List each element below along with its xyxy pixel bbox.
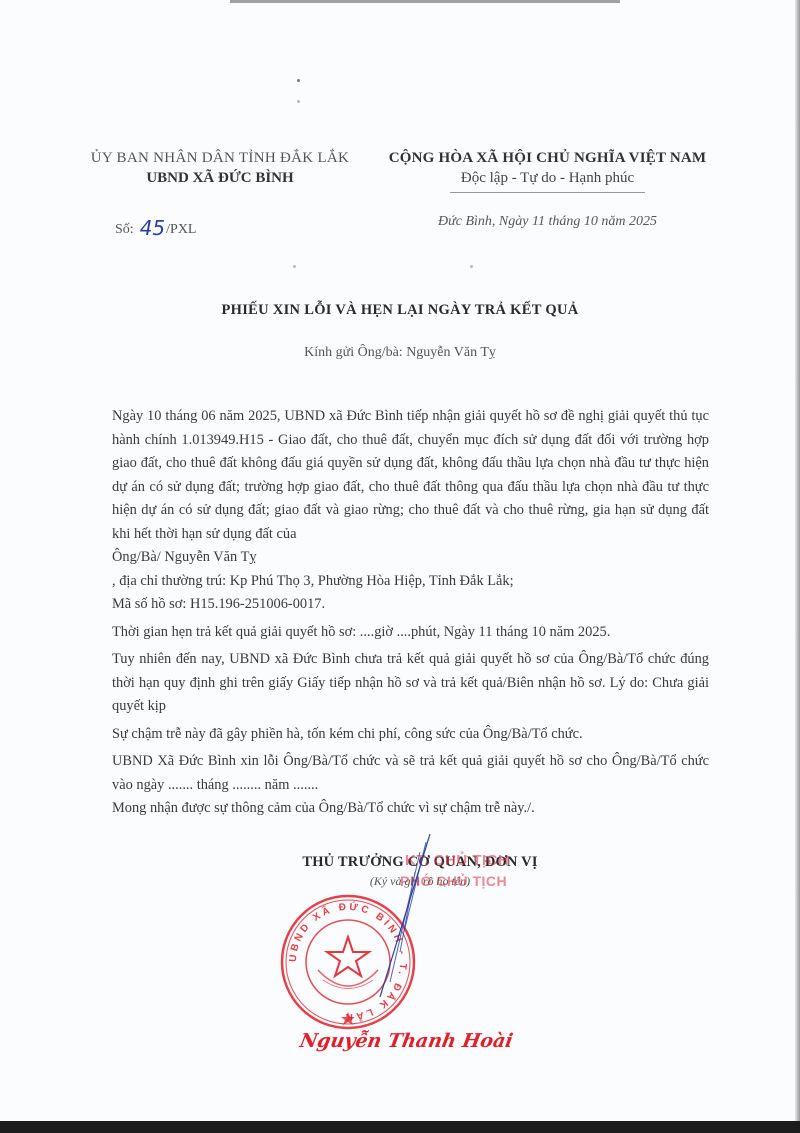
authority-name: ỦY BAN NHÂN DÂN TỈNH ĐẮK LẮK bbox=[60, 148, 380, 168]
scan-edge-top bbox=[230, 0, 620, 3]
appointment-time: Thời gian hẹn trả kết quả giải quyết hồ … bbox=[112, 621, 709, 645]
handwritten-signature-icon bbox=[360, 832, 440, 1002]
document-title: PHIẾU XIN LỖI VÀ HẸN LẠI NGÀY TRẢ KẾT QU… bbox=[0, 302, 800, 319]
scan-edge-bottom bbox=[0, 1121, 800, 1133]
unit-name: UBND XÃ ĐỨC BÌNH bbox=[60, 168, 380, 188]
motto-underline bbox=[450, 192, 645, 193]
place-date: Đức Bình, Ngày 11 tháng 10 năm 2025 bbox=[375, 214, 720, 230]
recipient-line: Kính gửi Ông/bà: Nguyễn Văn Tỵ bbox=[0, 345, 800, 361]
delay-paragraph: Tuy nhiên đến nay, UBND xã Đức Bình chưa… bbox=[112, 648, 709, 719]
punch-dot bbox=[297, 100, 300, 103]
file-code: Mã số hồ sơ: H15.196-251006-0017. bbox=[112, 593, 709, 617]
signer-name: Nguyễn Thanh Hoài bbox=[298, 1030, 515, 1052]
number-suffix: /PXL bbox=[166, 222, 196, 237]
document-number: Số:45/PXL bbox=[115, 214, 196, 238]
number-value: 45 bbox=[140, 216, 165, 240]
number-label: Số: bbox=[115, 222, 134, 237]
nation-name: CỘNG HÒA XÃ HỘI CHỦ NGHĨA VIỆT NAM bbox=[375, 148, 720, 168]
punch-dot bbox=[293, 265, 296, 268]
punch-dot bbox=[297, 79, 300, 82]
intro-paragraph: Ngày 10 tháng 06 năm 2025, UBND xã Đức B… bbox=[112, 405, 709, 546]
issuing-authority-header: ỦY BAN NHÂN DÂN TỈNH ĐẮK LẮK UBND XÃ ĐỨC… bbox=[60, 148, 380, 188]
document-body: Ngày 10 tháng 06 năm 2025, UBND xã Đức B… bbox=[112, 405, 709, 821]
apology-paragraph: UBND Xã Đức Bình xin lỗi Ông/Bà/Tổ chức … bbox=[112, 750, 709, 797]
scan-edge-right bbox=[795, 0, 800, 1133]
motto: Độc lập - Tự do - Hạnh phúc bbox=[375, 168, 720, 188]
applicant-address: , địa chỉ thường trú: Kp Phú Thọ 3, Phườ… bbox=[112, 570, 709, 594]
applicant-name: Ông/Bà/ Nguyễn Văn Tỵ bbox=[112, 546, 709, 570]
national-header: CỘNG HÒA XÃ HỘI CHỦ NGHĨA VIỆT NAM Độc l… bbox=[375, 148, 720, 193]
inconvenience-paragraph: Sự chậm trễ này đã gây phiền hà, tốn kém… bbox=[112, 723, 709, 747]
closing-paragraph: Mong nhận được sự thông cảm của Ông/Bà/T… bbox=[112, 797, 709, 821]
punch-dot bbox=[470, 265, 473, 268]
